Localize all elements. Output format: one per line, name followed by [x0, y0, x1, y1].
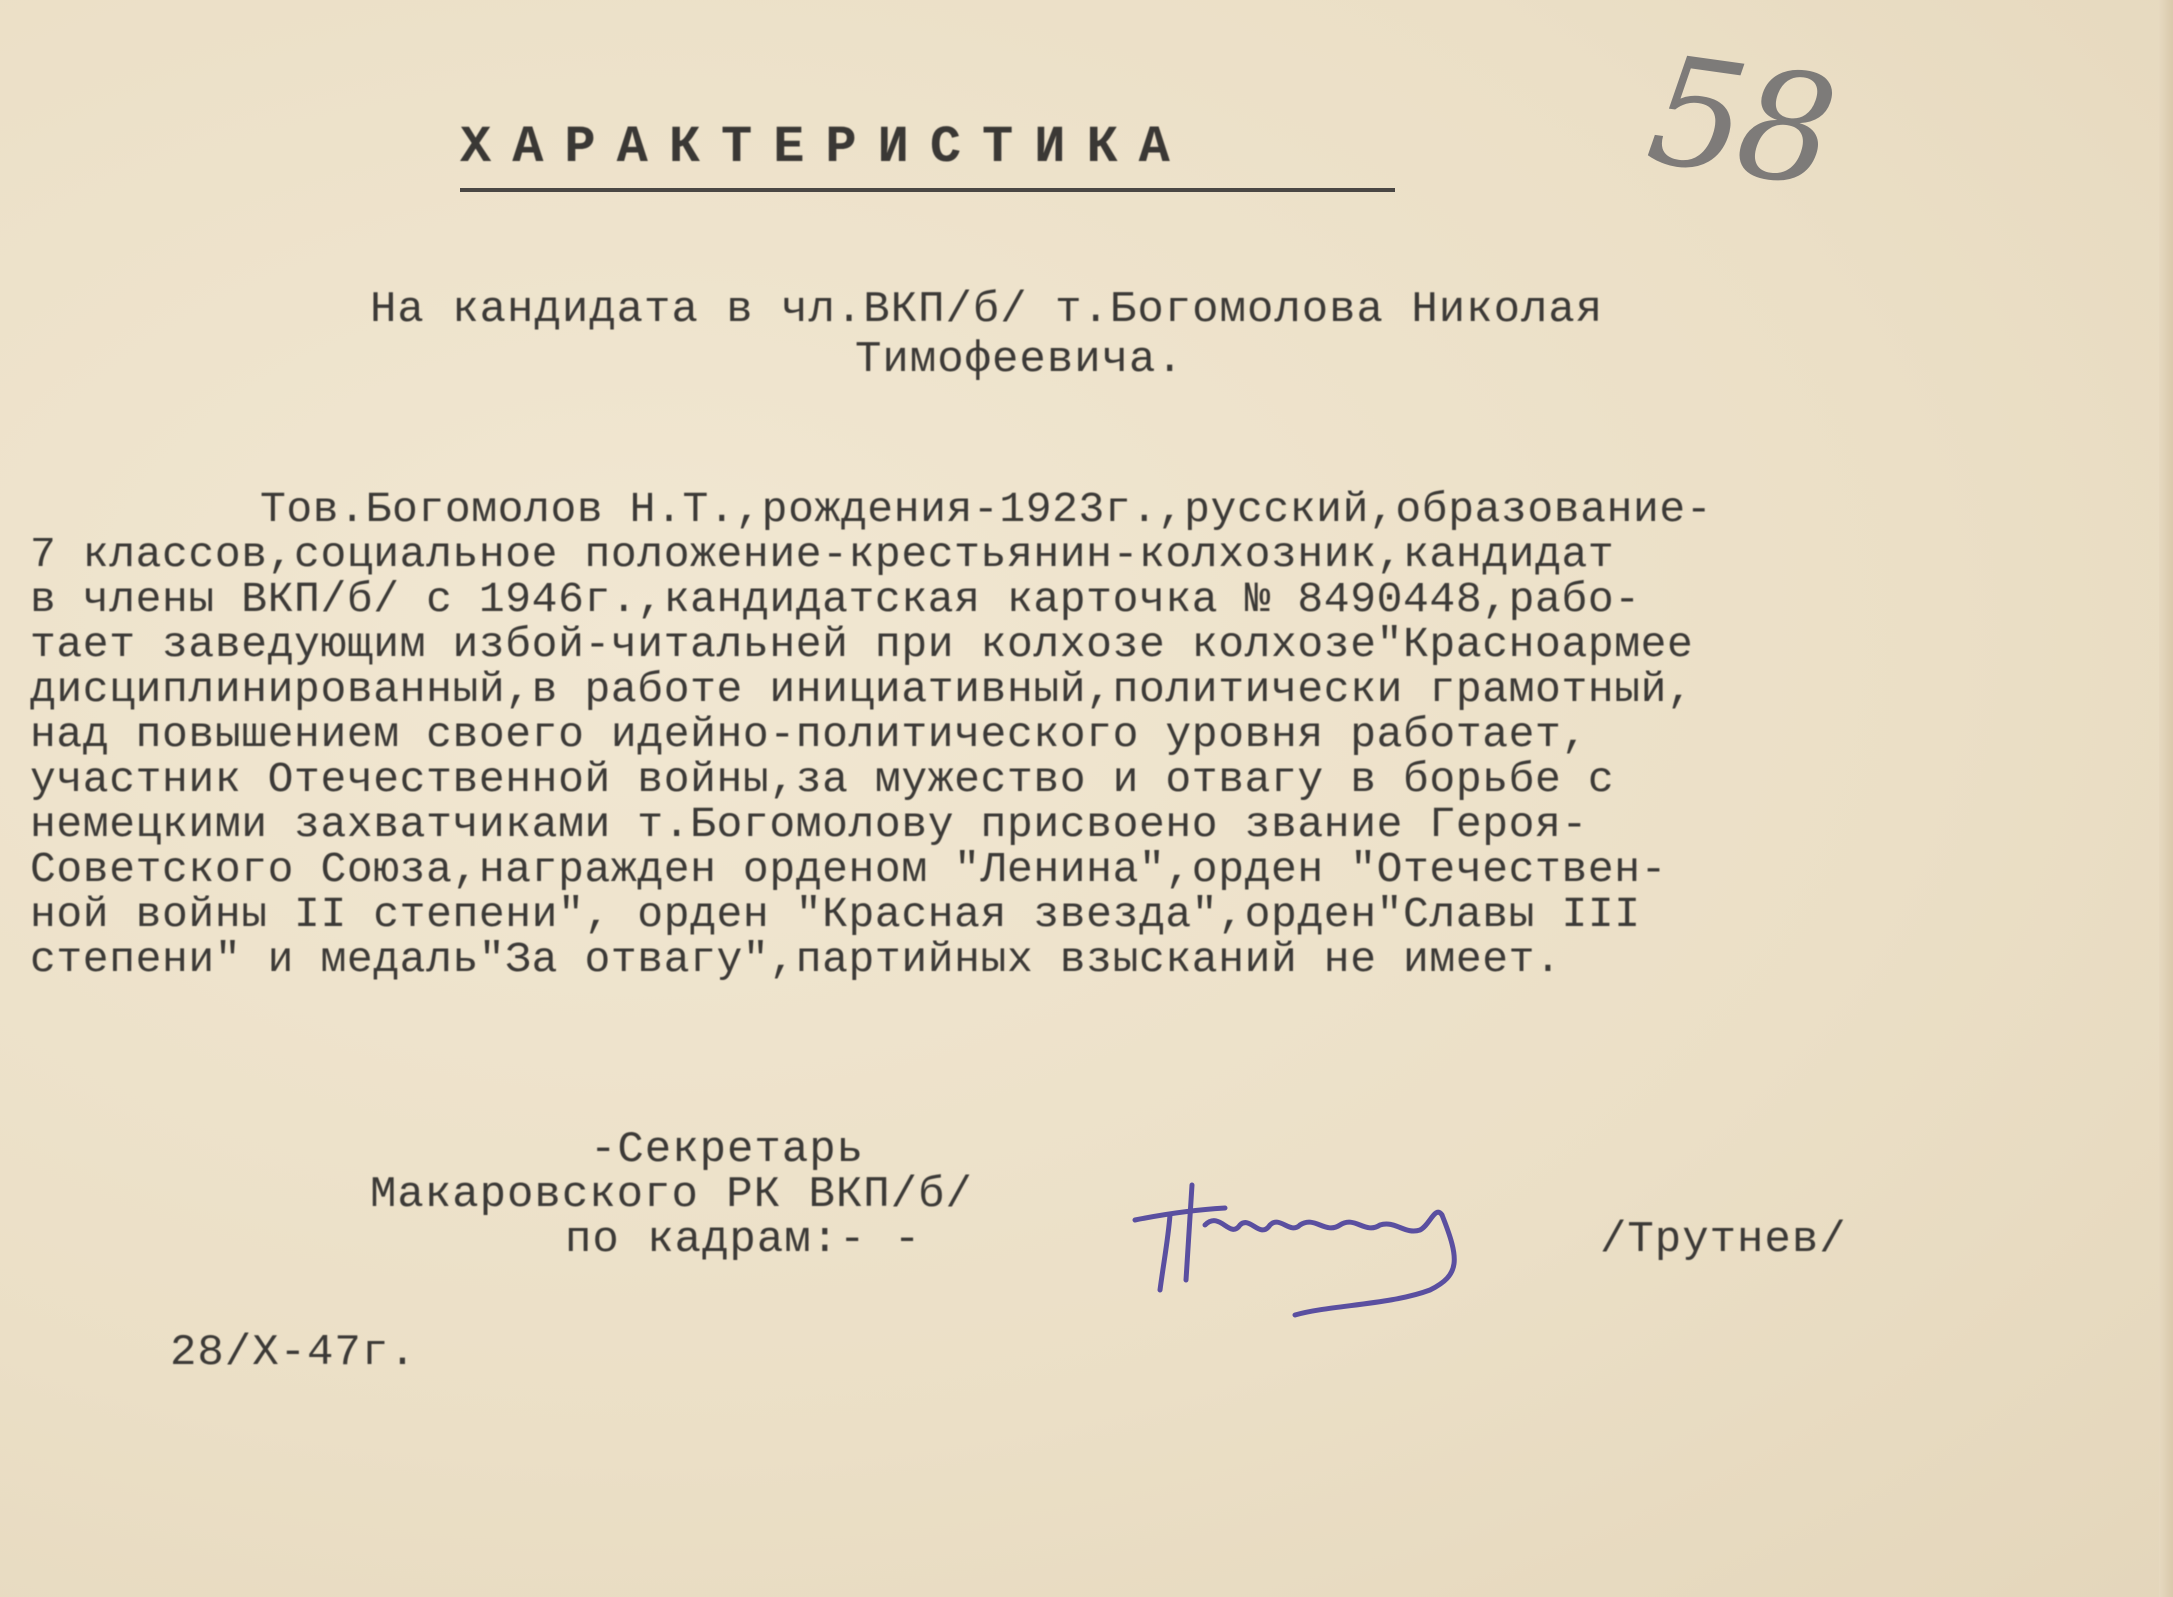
- body-line: дисциплинированный,в работе инициативный…: [30, 665, 1693, 714]
- body-line: над повышением своего идейно-политическо…: [30, 710, 1588, 759]
- folio-number: 58: [1639, 23, 1840, 220]
- body-line: 7 классов,социальное положение-крестьяни…: [30, 530, 1614, 579]
- body-line: Советского Союза,награжден орденом "Лени…: [30, 845, 1667, 894]
- handwritten-signature: [1130, 1180, 1600, 1320]
- subtitle-line-1: На кандидата в чл.ВКП/б/ т.Богомолова Ни…: [370, 285, 1603, 335]
- paper-edge: [2159, 0, 2173, 1597]
- subtitle-line-2: Тимофеевича.: [855, 335, 1184, 385]
- body-line: в члены ВКП/б/ с 1946г.,кандидатская кар…: [30, 575, 1641, 624]
- signature-title-line-1: -Секретарь: [590, 1125, 864, 1175]
- signature-title-line-2: Макаровского РК ВКП/б/: [370, 1170, 973, 1220]
- body-line: участник Отечественной войны,за мужество…: [30, 755, 1614, 804]
- document-date: 28/X-47г.: [170, 1328, 417, 1378]
- body-line: Тов.Богомолов Н.Т.,рождения-1923г.,русск…: [260, 485, 1712, 534]
- body-line: немецкими захватчиками т.Богомолову прис…: [30, 800, 1588, 849]
- document-title: ХАРАКТЕРИСТИКА: [460, 118, 1191, 177]
- signer-name: /Трутнев/: [1600, 1215, 1847, 1265]
- title-underline: [460, 188, 1395, 192]
- body-line: ной войны II степени", орден "Красная зв…: [30, 890, 1641, 939]
- signature-title-line-3: по кадрам:- -: [565, 1215, 921, 1265]
- body-line: степени" и медаль"За отвагу",партийных в…: [30, 935, 1561, 984]
- body-line: тает заведующим избой-читальней при колх…: [30, 620, 1693, 669]
